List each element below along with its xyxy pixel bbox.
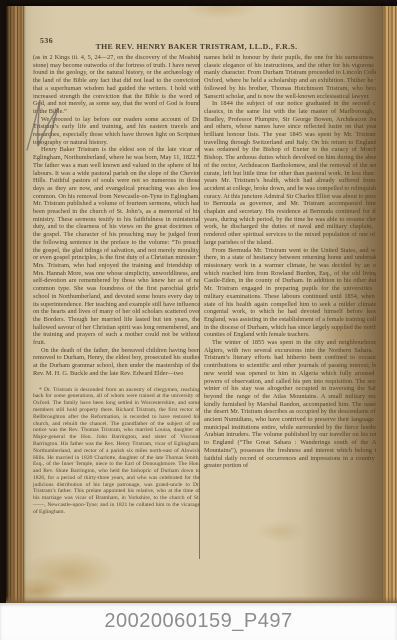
page-right-edge (382, 6, 397, 603)
page-number: 536 (40, 36, 53, 45)
body-paragraph: names held in honour by their pupils, th… (204, 54, 376, 100)
page-header: 536 THE REV. HENRY BAKER TRISTRAM, LL.D.… (26, 36, 367, 47)
right-column: names held in honour by their pupils, th… (204, 54, 376, 599)
body-paragraph: From Bermuda Mr. Tristram went to the Un… (204, 247, 376, 339)
page-bottom-edge (6, 596, 397, 603)
scan-label-strip: 20020060159_P497 (0, 603, 397, 640)
body-paragraph: The winter of 1855 was spent in the city… (204, 339, 376, 470)
footnote: * Dr. Tristram is descended from an ance… (33, 387, 200, 516)
body-paragraph: In 1844 the subject of our notice gradua… (204, 100, 376, 246)
running-title: THE REV. HENRY BAKER TRISTRAM, LL.D., F.… (96, 42, 298, 51)
body-paragraph: On the death of the father, the bereaved… (33, 347, 200, 378)
body-paragraph: Henry Baker Tristram is the eldest son o… (33, 146, 200, 346)
page-left-edge (6, 6, 24, 603)
column-divider (199, 54, 200, 559)
photo-backdrop: 536 THE REV. HENRY BAKER TRISTRAM, LL.D.… (0, 0, 397, 640)
pencil-scribble-mark (24, 94, 66, 156)
scan-label: 20020060159_P497 (104, 610, 292, 633)
book-page: 536 THE REV. HENRY BAKER TRISTRAM, LL.D.… (6, 6, 397, 603)
right-column-text: names held in honour by their pupils, th… (204, 54, 376, 470)
